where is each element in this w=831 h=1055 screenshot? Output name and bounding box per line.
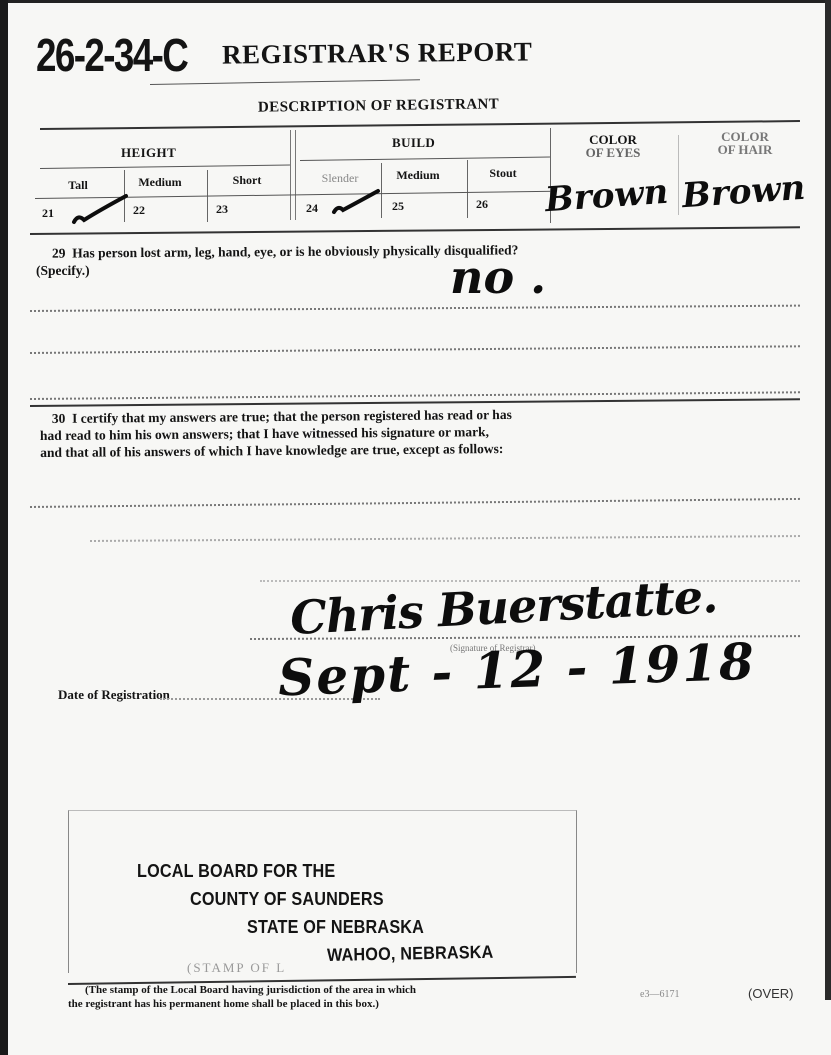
height-short-label: Short [222, 173, 272, 188]
section-title: DESCRIPTION OF REGISTRANT [258, 96, 499, 116]
hair-label-line2: OF HAIR [705, 143, 785, 156]
serial-number-text: 26-2-34-C [36, 28, 187, 82]
divider [40, 120, 800, 130]
height-tall-label: Tall [58, 178, 98, 193]
eyes-label-line2: OF EYES [578, 146, 648, 159]
stamp-line-3: STATE OF NEBRASKA [247, 917, 424, 938]
stamp-line-2: COUNTY OF SAUNDERS [190, 889, 384, 910]
stamp-instructions: (The stamp of the Local Board having jur… [85, 983, 416, 998]
column-divider [290, 130, 296, 220]
question-30-number: 30 [52, 411, 66, 426]
answer-line [90, 535, 800, 542]
column-divider [678, 135, 679, 215]
build-label: BUILD [392, 135, 435, 151]
question-30-text: 30 I certify that my answers are true; t… [40, 406, 512, 461]
build-slender-number: 24 [306, 201, 318, 216]
slender-check-mark-icon [330, 188, 382, 220]
over-indicator: (OVER) [748, 986, 794, 1001]
eyes-label: COLOR OF EYES [578, 133, 648, 159]
stamp-line-1: LOCAL BOARD FOR THE [137, 861, 335, 882]
scan-border-left [0, 0, 8, 1055]
eye-color-value: Brown [544, 172, 670, 221]
build-medium-label: Medium [388, 168, 448, 183]
hair-label: COLOR OF HAIR [705, 130, 785, 156]
stamp-caption: (STAMP OF L [187, 960, 286, 976]
build-stout-number: 26 [476, 197, 488, 212]
answer-line [30, 305, 800, 312]
hair-color-value: Brown [681, 168, 807, 217]
local-board-stamp-box: LOCAL BOARD FOR THE COUNTY OF SAUNDERS S… [68, 810, 577, 973]
scan-border-right [825, 0, 831, 1000]
stamp-instructions-2: the registrant has his permanent home sh… [68, 997, 379, 1012]
specify-label: (Specify.) [36, 262, 90, 279]
draft-card-page: 26-2-34-C REGISTRAR'S REPORT DESCRIPTION… [0, 0, 831, 1055]
divider [30, 398, 800, 407]
column-divider [467, 160, 468, 218]
build-stout-label: Stout [478, 166, 528, 181]
question-29-answer: no . [450, 250, 546, 304]
height-short-number: 23 [216, 202, 228, 217]
date-of-registration-value: Sept - 12 - 1918 [277, 632, 757, 708]
height-medium-label: Medium [130, 175, 190, 190]
divider [40, 165, 290, 169]
build-slender-label: Slender [310, 171, 370, 186]
tall-check-mark-icon [70, 192, 130, 232]
stamp-instructions-line1: (The stamp of the Local Board having jur… [85, 983, 416, 998]
divider [300, 157, 550, 161]
divider [30, 226, 800, 235]
height-label: HEIGHT [121, 145, 176, 161]
report-title: REGISTRAR'S REPORT [222, 36, 533, 70]
question-30-line3: and that all of his answers of which I h… [40, 440, 512, 461]
stamp-line-4: WAHOO, NEBRASKA [327, 942, 494, 966]
question-29-text: 29 Has person lost arm, leg, hand, eye, … [52, 241, 518, 261]
question-29-number: 29 [52, 246, 66, 261]
date-of-registration-label: Date of Registration [58, 686, 170, 703]
answer-line [30, 345, 800, 354]
answer-line [30, 498, 800, 508]
build-medium-number: 25 [392, 199, 404, 214]
height-medium-number: 22 [133, 203, 145, 218]
height-tall-number: 21 [42, 206, 54, 221]
serial-number: 26-2-34-C [36, 28, 225, 82]
stamp-instructions-line2: the registrant has his permanent home sh… [68, 997, 379, 1012]
scan-border-top [0, 0, 831, 3]
form-number: e3—6171 [640, 989, 679, 1000]
